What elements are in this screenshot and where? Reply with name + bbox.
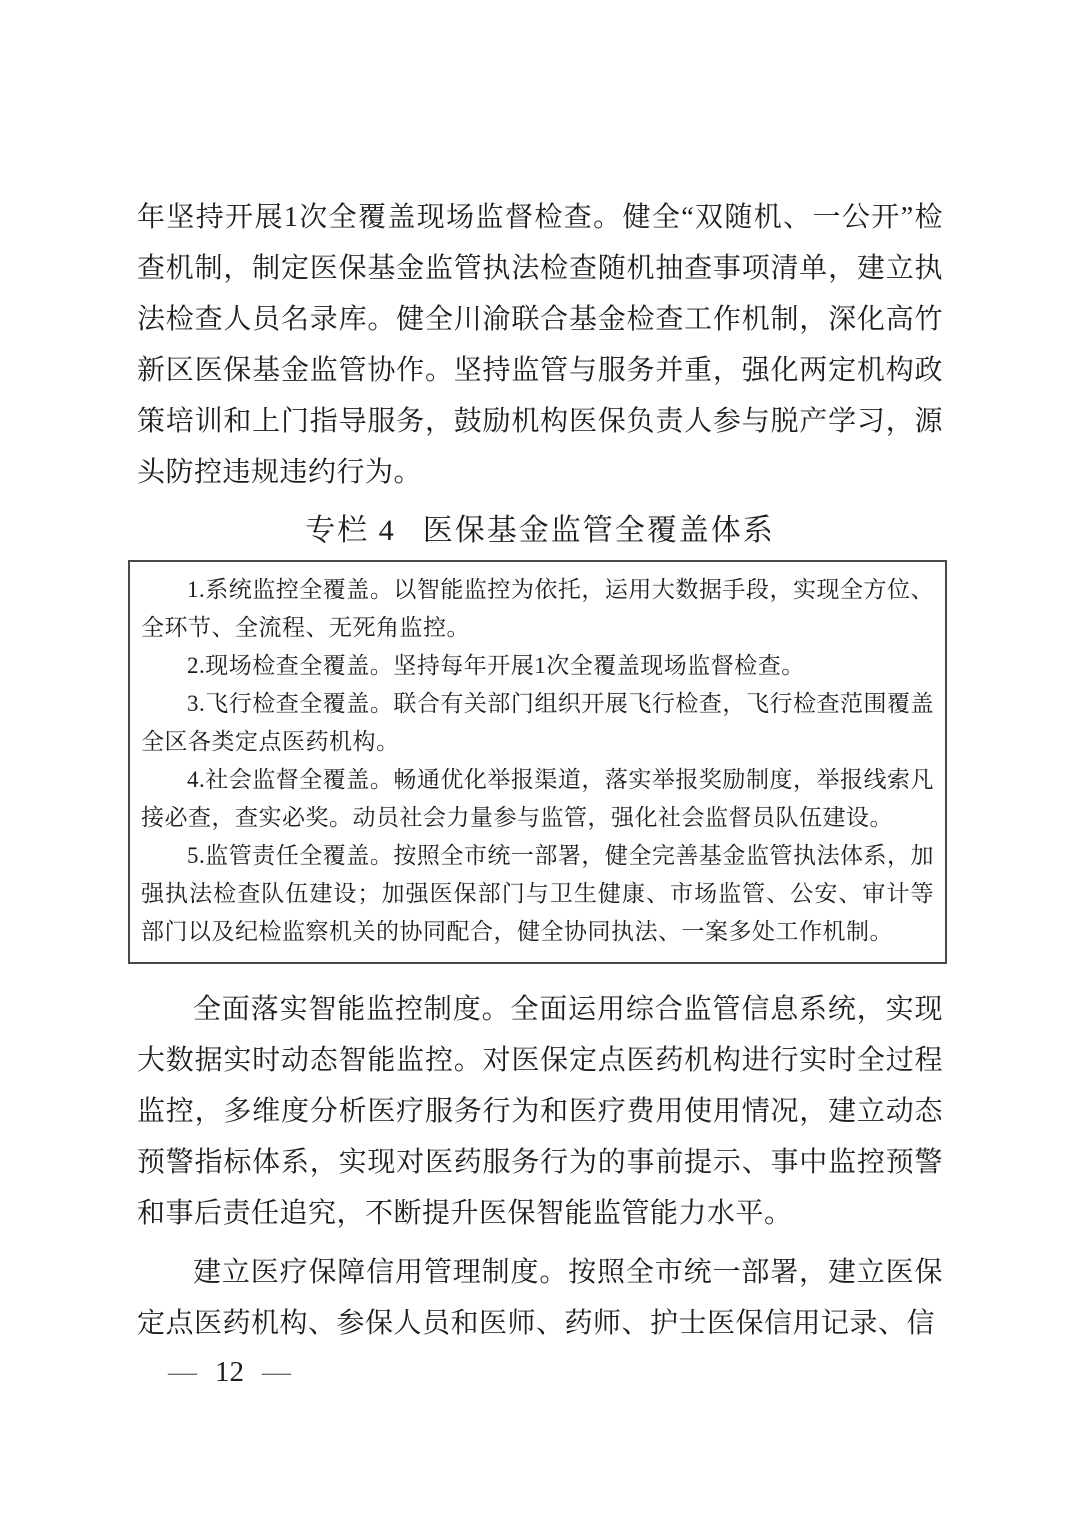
page-number-dash-left: — [168,1356,197,1388]
document-page: 年坚持开展1次全覆盖现场监督检查。健全“双随机、一公开”检查机制，制定医保基金监… [0,0,1074,1520]
callout-box-label: 专栏 4 [305,514,396,547]
paragraph-smart-monitoring: 全面落实智能监控制度。全面运用综合监管信息系统，实现大数据实时动态智能监控。对医… [137,984,943,1239]
page-number-dash-right: — [262,1356,291,1388]
paragraph-continuation: 年坚持开展1次全覆盖现场监督检查。健全“双随机、一公开”检查机制，制定医保基金监… [137,192,943,498]
paragraph-credit-management: 建立医疗保障信用管理制度。按照全市统一部署，建立医保定点医药机构、参保人员和医师… [137,1247,943,1349]
callout-box-title: 医保基金监管全覆盖体系 [423,514,775,547]
callout-item-5: 5.监管责任全覆盖。按照全市统一部署，健全完善基金监管执法体系，加强执法检查队伍… [141,837,934,951]
page-content: 年坚持开展1次全覆盖现场监督检查。健全“双随机、一公开”检查机制，制定医保基金监… [137,192,943,1349]
callout-item-3: 3.飞行检查全覆盖。联合有关部门组织开展飞行检查，飞行检查范围覆盖全区各类定点医… [141,685,934,761]
callout-item-2: 2.现场检查全覆盖。坚持每年开展1次全覆盖现场监督检查。 [141,647,934,685]
page-number-value: 12 [215,1356,244,1388]
callout-box-heading: 专栏 4医保基金监管全覆盖体系 [137,506,943,556]
callout-box: 1.系统监控全覆盖。以智能监控为依托，运用大数据手段，实现全方位、全环节、全流程… [128,560,947,964]
callout-item-1: 1.系统监控全覆盖。以智能监控为依托，运用大数据手段，实现全方位、全环节、全流程… [141,571,934,647]
callout-item-4: 4.社会监督全覆盖。畅通优化举报渠道，落实举报奖励制度，举报线索凡接必查，查实必… [141,761,934,837]
page-number: —12— [168,1352,291,1392]
